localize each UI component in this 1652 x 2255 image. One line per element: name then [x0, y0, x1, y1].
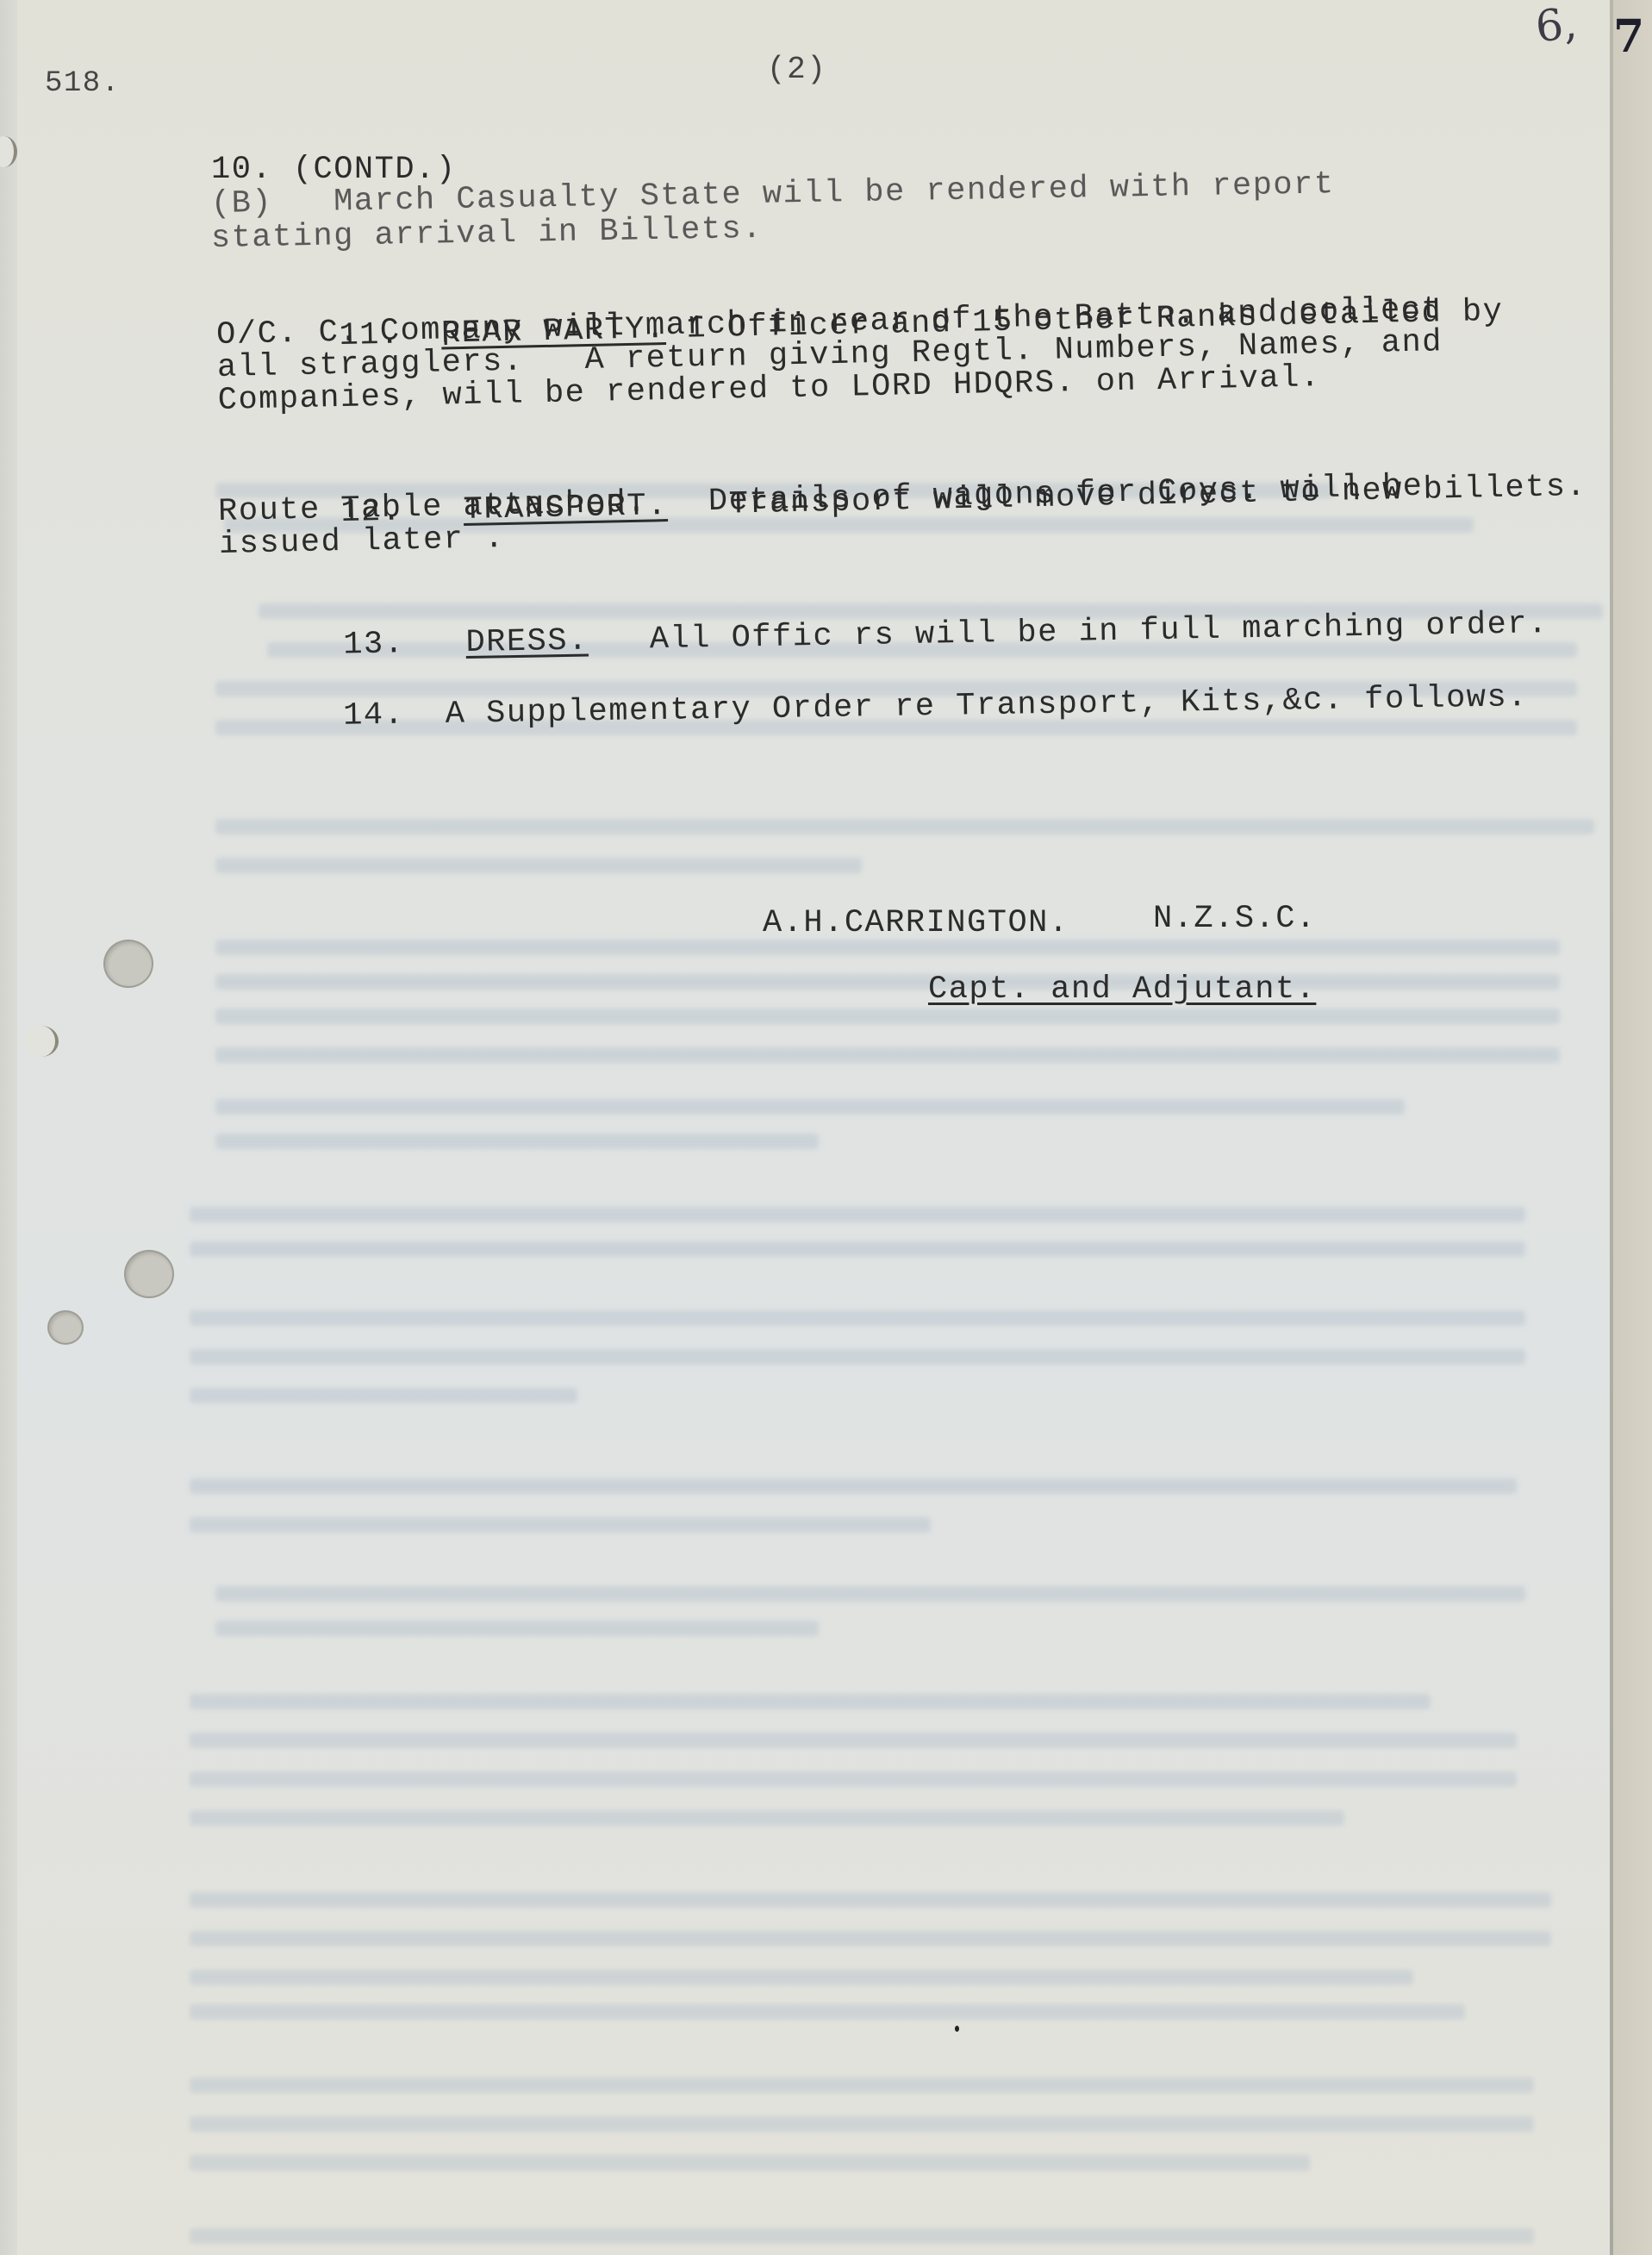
- signatory-rank: Capt. and Adjutant.: [928, 971, 1316, 1008]
- punch-hole: [24, 1026, 59, 1057]
- punch-hole: [47, 1310, 84, 1345]
- handwritten-mark: 7: [1613, 10, 1644, 63]
- document-reference-number: 518.: [45, 67, 121, 100]
- underlying-page-edge: [1613, 0, 1652, 2255]
- paragraph-title: DRESS.: [465, 623, 589, 661]
- paragraph-line: issued later .: [219, 521, 506, 563]
- document-page: 518. (2) 6, 10. (CONTD.) (B) March Casua…: [0, 0, 1613, 2255]
- paragraph-line: A Supplementary Order re Transport, Kits…: [445, 679, 1528, 733]
- punch-hole: [124, 1250, 174, 1298]
- signatory-name: A.H.CARRINGTON.: [763, 905, 1069, 941]
- binding-edge: [0, 0, 17, 2255]
- paragraph-number: 13.: [343, 626, 405, 663]
- signatory-unit: N.Z.S.C.: [1153, 901, 1317, 937]
- handwritten-mark: 6,: [1533, 0, 1580, 52]
- page-number: (2): [767, 52, 826, 87]
- ink-speck: [955, 2026, 959, 2032]
- paragraph-number: 14.: [343, 697, 405, 734]
- punch-hole: [103, 940, 153, 988]
